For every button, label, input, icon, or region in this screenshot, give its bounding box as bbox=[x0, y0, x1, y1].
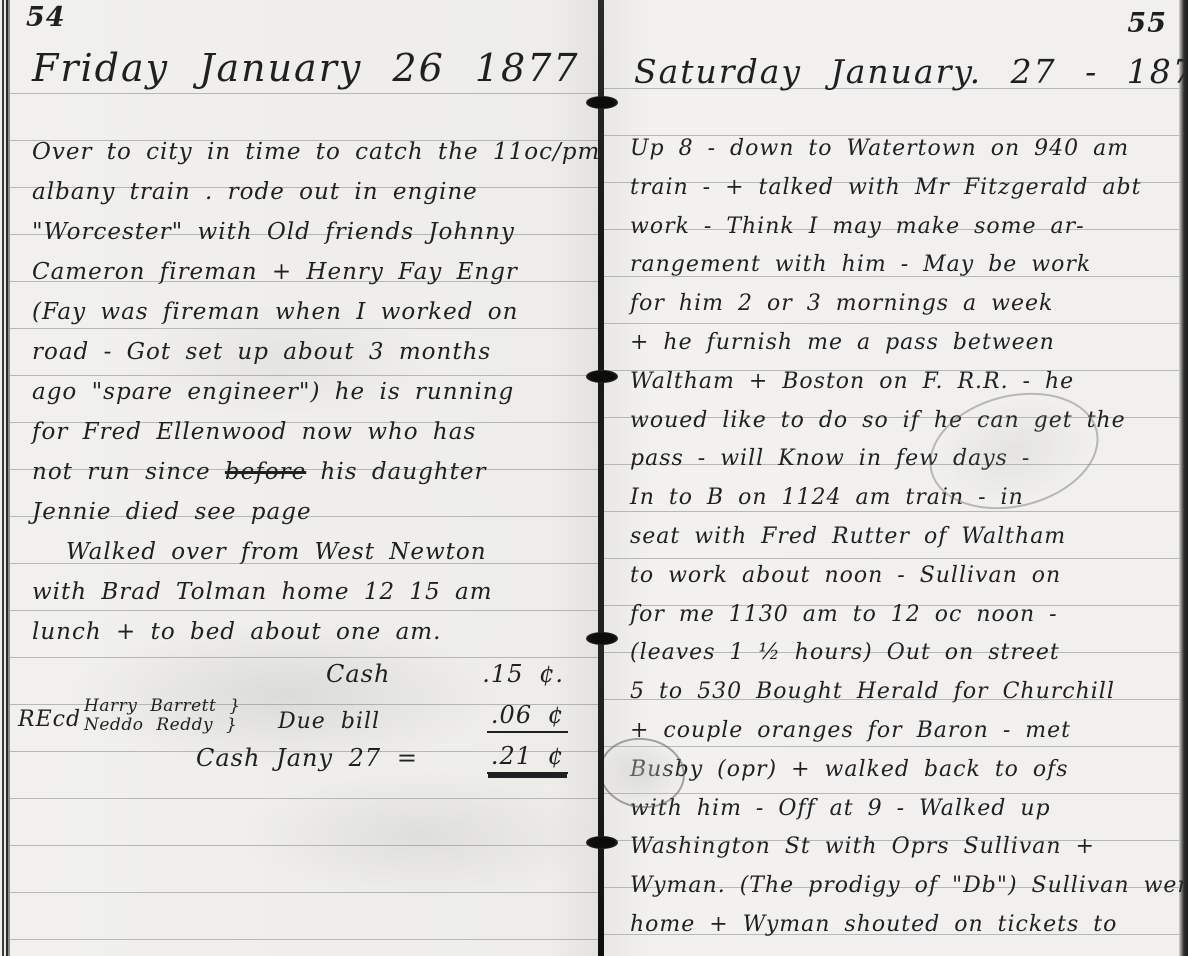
handwritten-line: (leaves 1 ½ hours) Out on street bbox=[630, 640, 1175, 679]
handwritten-line: with him - Off at 9 - Walked up bbox=[630, 796, 1175, 835]
journal-page-left: 54 Friday January 26 1877 Over to city i… bbox=[10, 0, 598, 956]
cash-entry-amount: .15 ¢. bbox=[478, 660, 568, 690]
handwritten-line: 5 to 530 Bought Herald for Churchill bbox=[630, 679, 1175, 718]
cash-entry-amount: .21 ¢ bbox=[487, 742, 568, 774]
entry-date-heading-left: Friday January 26 1877 bbox=[32, 46, 580, 90]
cash-payer-names: Harry Barrett }Neddo Reddy } bbox=[84, 697, 241, 735]
handwritten-line: home + Wyman shouted on tickets to bbox=[630, 912, 1175, 951]
handwritten-line: not run since before his daughter bbox=[32, 459, 594, 499]
page-edge-right bbox=[1179, 0, 1188, 956]
handwritten-line: albany train . rode out in engine bbox=[32, 179, 594, 219]
handwritten-line: to work about noon - Sullivan on bbox=[630, 563, 1175, 602]
handwritten-line: work - Think I may make some ar- bbox=[630, 214, 1175, 253]
handwritten-line: pass - will Know in few days - bbox=[630, 446, 1175, 485]
cash-entry-label: Cash Jany 27 = bbox=[196, 744, 418, 772]
handwritten-line: woued like to do so if he can get the bbox=[630, 408, 1175, 447]
stitch-knot bbox=[586, 836, 618, 849]
handwritten-line: for Fred Ellenwood now who has bbox=[32, 419, 594, 459]
cash-entry-label: Cash bbox=[326, 660, 390, 688]
paper-smudge bbox=[240, 770, 600, 900]
handwritten-line: Washington St with Oprs Sullivan + bbox=[630, 834, 1175, 873]
page-number-right: 55 bbox=[1127, 8, 1167, 39]
cash-entry-label: Due bill bbox=[278, 709, 380, 734]
handwritten-line: seat with Fred Rutter of Waltham bbox=[630, 524, 1175, 563]
cash-entry-amount: .06 ¢ bbox=[487, 701, 568, 733]
left-page-lines: Over to city in time to catch the 11oc/p… bbox=[32, 139, 594, 659]
handwritten-line: Over to city in time to catch the 11oc/p… bbox=[32, 139, 594, 179]
handwritten-line: Up 8 - down to Watertown on 940 am bbox=[630, 136, 1175, 175]
handwritten-line: Cameron fireman + Henry Fay Engr bbox=[32, 259, 594, 299]
cash-received-prefix: REcd bbox=[18, 707, 81, 732]
stitch-knot bbox=[586, 632, 618, 645]
handwritten-line: for him 2 or 3 mornings a week bbox=[630, 291, 1175, 330]
handwritten-line: Walked over from West Newton bbox=[32, 539, 594, 579]
notebook-scan: 54 Friday January 26 1877 Over to city i… bbox=[0, 0, 1188, 956]
handwritten-line: train - + talked with Mr Fitzgerald abt bbox=[630, 175, 1175, 214]
handwritten-line: for me 1130 am to 12 oc noon - bbox=[630, 602, 1175, 641]
page-edge-left bbox=[0, 0, 10, 956]
journal-page-right: 55 Saturday January. 27 - 1877 - Up 8 - … bbox=[604, 0, 1179, 956]
handwritten-line: In to B on 1124 am train - in bbox=[630, 485, 1175, 524]
handwritten-line: + he furnish me a pass between bbox=[630, 330, 1175, 369]
binding-gutter bbox=[598, 0, 604, 956]
cash-row: REcdHarry Barrett }Neddo Reddy }Due bill… bbox=[16, 701, 584, 742]
handwritten-line: + couple oranges for Baron - met bbox=[630, 718, 1175, 757]
cash-row: Cash Jany 27 =.21 ¢ bbox=[16, 742, 584, 783]
handwritten-line: Waltham + Boston on F. R.R. - he bbox=[630, 369, 1175, 408]
handwritten-line: lunch + to bed about one am. bbox=[32, 619, 594, 659]
handwritten-line: Jennie died see page bbox=[32, 499, 594, 539]
right-page-lines: Up 8 - down to Watertown on 940 amtrain … bbox=[630, 136, 1175, 951]
handwritten-line: Wyman. (The prodigy of "Db") Sullivan we… bbox=[630, 873, 1175, 912]
cash-row: Cash.15 ¢. bbox=[16, 660, 584, 701]
handwritten-line: Busby (opr) + walked back to ofs bbox=[630, 757, 1175, 796]
cash-block: Cash.15 ¢.REcdHarry Barrett }Neddo Reddy… bbox=[16, 660, 584, 783]
page-number-left: 54 bbox=[26, 2, 66, 33]
handwritten-line: "Worcester" with Old friends Johnny bbox=[32, 219, 594, 259]
handwritten-line: road - Got set up about 3 months bbox=[32, 339, 594, 379]
stitch-knot bbox=[586, 370, 618, 383]
handwritten-line: ago "spare engineer") he is running bbox=[32, 379, 594, 419]
stitch-knot bbox=[586, 96, 618, 109]
handwritten-line: with Brad Tolman home 12 15 am bbox=[32, 579, 594, 619]
handwritten-line: rangement with him - May be work bbox=[630, 252, 1175, 291]
entry-date-heading-right: Saturday January. 27 - 1877 - bbox=[634, 52, 1188, 91]
handwritten-line: (Fay was fireman when I worked on bbox=[32, 299, 594, 339]
